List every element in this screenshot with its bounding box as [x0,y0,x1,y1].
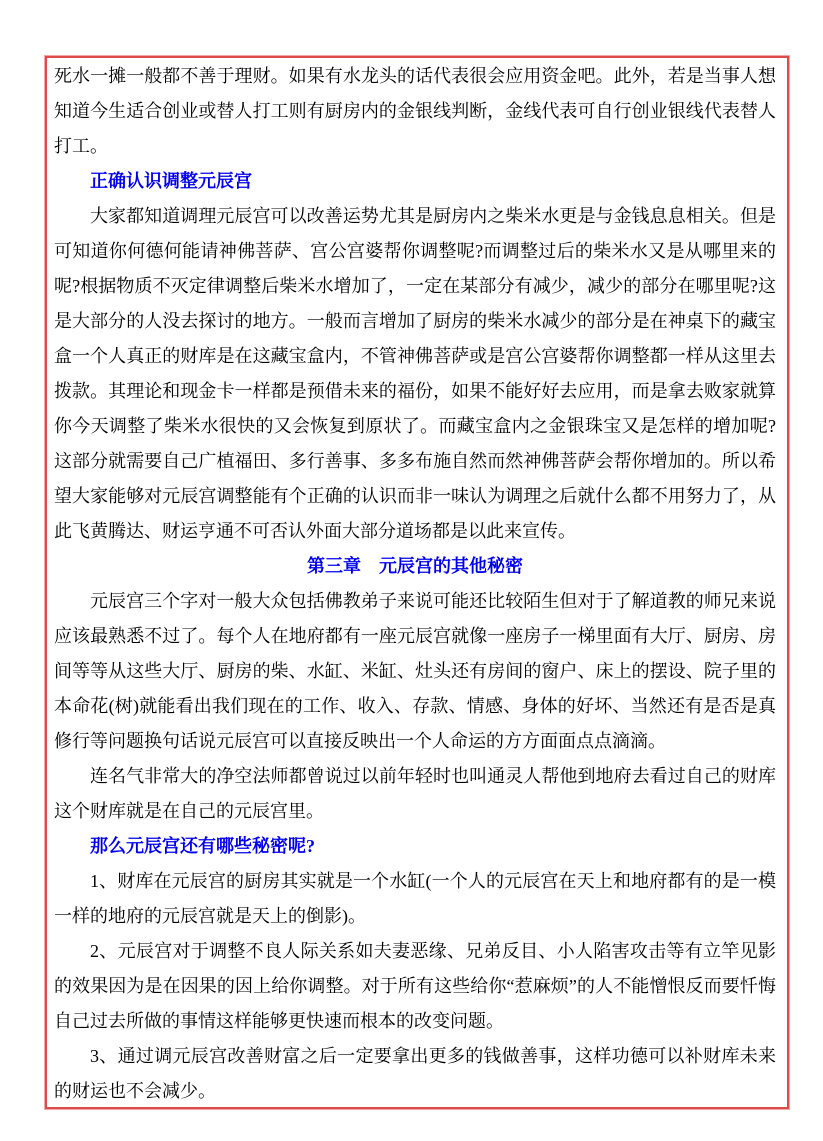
body-paragraph: 3、通过调元辰宫改善财富之后一定要拿出更多的钱做善事，这样功德可以补财库未来的财… [54,1039,776,1109]
document-body: 死水一摊一般都不善于理财。如果有水龙头的话代表很会应用资金吧。此外，若是当事人想… [45,56,789,1109]
page: { "page": { "background": "#ffffff", "fr… [0,0,823,1141]
chapter-heading: 第三章 元辰宫的其他秘密 [54,549,776,584]
section-subheading: 那么元辰宫还有哪些秘密呢? [54,829,776,864]
body-paragraph: 2、元辰宫对于调整不良人际关系如夫妻恶缘、兄弟反目、小人陷害攻击等有立竿见影的效… [54,934,776,1039]
body-paragraph: 1、财库在元辰宫的厨房其实就是一个水缸(一个人的元辰宫在天上和地府都有的是一模一… [54,864,776,934]
body-paragraph: 死水一摊一般都不善于理财。如果有水龙头的话代表很会应用资金吧。此外，若是当事人想… [54,59,776,164]
section-subheading: 正确认识调整元辰宫 [54,164,776,199]
body-paragraph: 连名气非常大的净空法师都曾说过以前年轻时也叫通灵人帮他到地府去看过自己的财库这个… [54,759,776,829]
body-paragraph: 元辰宫三个字对一般大众包括佛教弟子来说可能还比较陌生但对于了解道教的师兄来说应该… [54,584,776,759]
document-border-frame: 死水一摊一般都不善于理财。如果有水龙头的话代表很会应用资金吧。此外，若是当事人想… [44,55,790,1110]
body-paragraph: 大家都知道调理元辰宫可以改善运势尤其是厨房内之柴米水更是与金钱息息相关。但是可知… [54,199,776,549]
